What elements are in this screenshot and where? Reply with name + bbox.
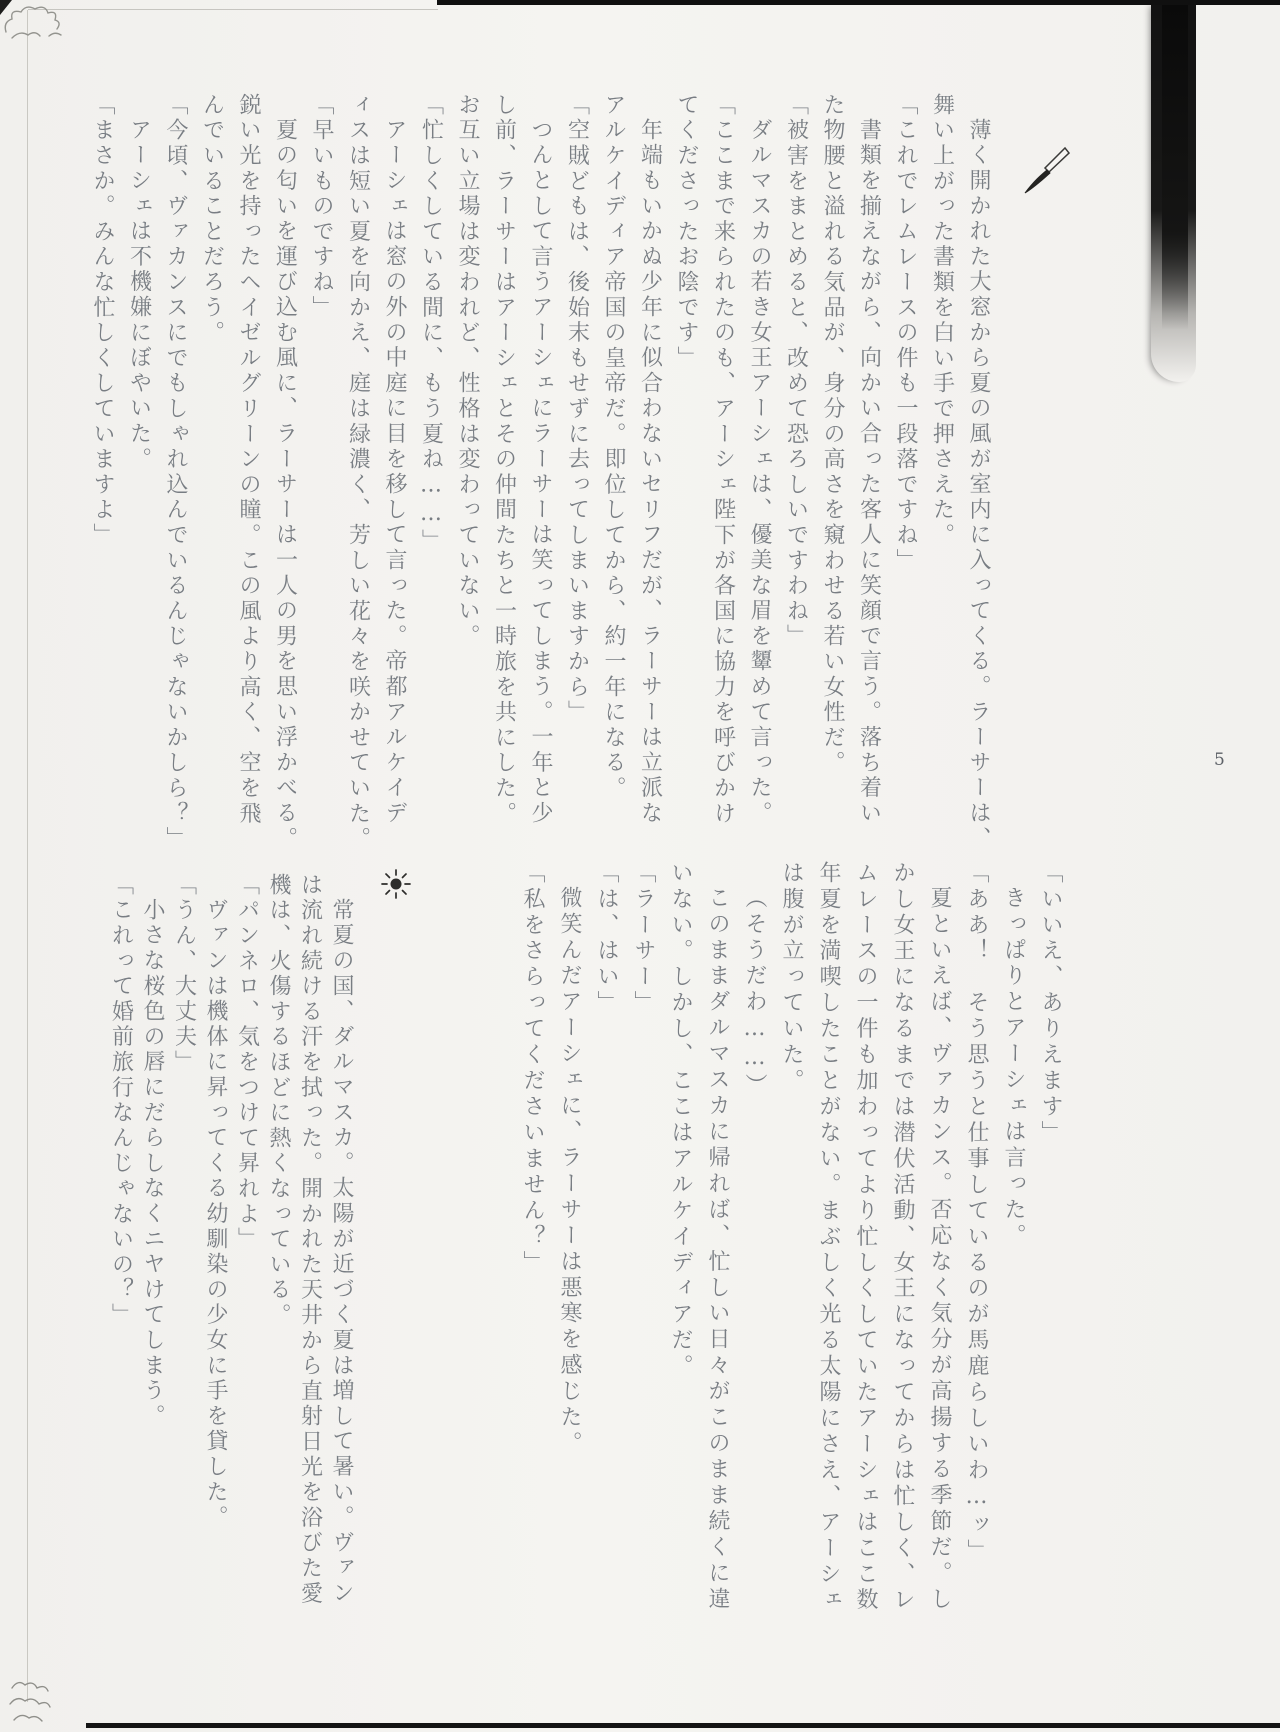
- paragraph: ヴァンは機体に昇ってくる幼馴染の少女に手を貸した。: [200, 873, 232, 1617]
- scanned-novel-page: 5 薄く開かれた大窓から夏の風が室内に入ってくる。ラーサーは、 舞い上がった書類…: [0, 0, 1280, 1732]
- scan-shadow-right-core: [1162, 0, 1188, 330]
- paragraph: 「パンネロ、気をつけて昇れよ」: [231, 873, 263, 1617]
- paragraph: 「空賊どもは、後始末もせずに去ってしまいますから」: [558, 93, 595, 857]
- paragraph: 「今頃、ヴァカンスにでもしゃれ込んでいるんじゃないかしら？」: [157, 93, 194, 857]
- top-text-block: 薄く開かれた大窓から夏の風が室内に入ってくる。ラーサーは、 舞い上がった書類を白…: [84, 93, 997, 857]
- corner-doodle-top-left-icon: [2, 2, 94, 54]
- paragraph: 書類を揃えながら、向かい合った客人に笑顔で言う。落ち着い た物腰と溢れる気品が、…: [814, 93, 887, 857]
- bottom-left-text-block: 常夏の国、ダルマスカ。太陽が近づく夏は増して暑い。ヴァン は流れ続ける汗を拭った…: [105, 873, 357, 1617]
- paragraph: 「うん、大丈夫」: [168, 873, 200, 1617]
- page-border-left: [27, 10, 28, 1702]
- paragraph: 「早いものですね」: [303, 93, 340, 857]
- paragraph: 年端もいかぬ少年に似合わないセリフだが、ラーサーは立派な アルケイディア帝国の皇…: [595, 93, 668, 857]
- page-number: 5: [1214, 750, 1225, 770]
- paragraph: 「ここまで来られたのも、アーシェ陛下が各国に協力を呼びかけ てくださったお陰です…: [668, 93, 741, 857]
- paragraph: 夏の匂いを運び込む風に、ラーサーは一人の男を思い浮かべる。 鋭い光を持ったヘイゼ…: [193, 93, 303, 857]
- paragraph: 「忙しくしている間に、もう夏ね……」: [412, 93, 449, 857]
- paragraph: 「いいえ、ありえます」: [1032, 861, 1069, 1619]
- paragraph: 微笑んだアーシェに、ラーサーは悪寒を感じた。: [551, 861, 588, 1619]
- paragraph: 「私をさらってくださいません？」: [514, 861, 551, 1619]
- paragraph: ダルマスカの若き女王アーシェは、優美な眉を顰めて言った。: [741, 93, 778, 857]
- paragraph: このままダルマスカに帰れば、忙しい日々がこのまま続くに違 いない。しかし、ここは…: [662, 861, 736, 1619]
- paragraph: 「これでレムレースの件も一段落ですね」: [887, 93, 924, 857]
- sun-icon: [380, 868, 412, 900]
- paragraph: 小さな桜色の唇にだらしなくニヤけてしまう。: [137, 873, 169, 1617]
- brush-icon: [1020, 146, 1072, 202]
- paragraph: きっぱりとアーシェは言った。: [995, 861, 1032, 1619]
- paragraph: 薄く開かれた大窓から夏の風が室内に入ってくる。ラーサーは、 舞い上がった書類を白…: [923, 93, 996, 857]
- paragraph: つんとして言うアーシェにラーサーは笑ってしまう。一年と少 し前、ラーサーはアーシ…: [449, 93, 559, 857]
- paragraph: アーシェは不機嫌にぼやいた。: [120, 93, 157, 857]
- bottom-right-text-block: 「いいえ、ありえます」きっぱりとアーシェは言った。「ああ！ そう思うと仕事してい…: [514, 861, 1069, 1619]
- paragraph: 「ラーサー」: [625, 861, 662, 1619]
- paragraph: 「これって婚前旅行なんじゃないの？」: [105, 873, 137, 1617]
- paragraph: 「は、はい」: [588, 861, 625, 1619]
- paragraph: 夏といえば、ヴァカンス。否応なく気分が高揚する季節だ。し かし女王になるまでは潜…: [773, 861, 958, 1619]
- scan-edge-top: [437, 0, 1280, 5]
- paragraph: 常夏の国、ダルマスカ。太陽が近づく夏は増して暑い。ヴァン は流れ続ける汗を拭った…: [263, 873, 358, 1617]
- corner-doodle-bottom-left-icon: [4, 1676, 78, 1730]
- paragraph: 「被害をまとめると、改めて恐ろしいですわね」: [777, 93, 814, 857]
- paragraph: 「ああ！ そう思うと仕事しているのが馬鹿らしいわ…ッ」: [958, 861, 995, 1619]
- paragraph: （そうだわ……）: [736, 861, 773, 1619]
- paragraph: 「まさか。みんな忙しくしていますよ」: [84, 93, 121, 857]
- paragraph: アーシェは窓の外の中庭に目を移して言った。帝都アルケイデ ィスは短い夏を向かえ、…: [339, 93, 412, 857]
- scan-edge-bottom: [86, 1723, 1280, 1728]
